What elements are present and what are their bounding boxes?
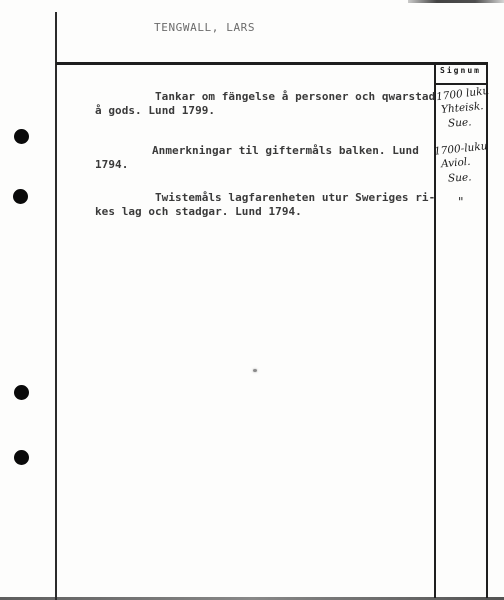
entry-3-line-2: kes lag och stadgar. Lund 1794. — [95, 205, 302, 218]
entry-3-signum-ditto-mark: " — [458, 195, 464, 209]
scan-speck — [253, 369, 257, 372]
left-margin-rule — [55, 12, 57, 600]
entry-1-signum-note-line-3: Sue. — [448, 116, 472, 129]
entry-2-signum-note-line-2: Aviol. — [441, 156, 471, 171]
signum-column-header: Signum — [434, 66, 487, 75]
punch-hole-dot — [14, 385, 29, 400]
punch-hole-dot — [14, 129, 29, 144]
scan-edge-smudge — [408, 0, 504, 3]
signum-header-underline — [434, 83, 488, 85]
punch-hole-dot — [13, 189, 28, 204]
table-top-border — [56, 62, 487, 65]
entry-1-line-1: Tankar om fängelse å personer och qwarst… — [155, 90, 435, 103]
signum-column-divider — [434, 62, 436, 598]
entry-1-line-2: å gods. Lund 1799. — [95, 104, 215, 117]
entry-2-line-2: 1794. — [95, 158, 128, 171]
entry-3-line-1: Twistemåls lagfarenheten utur Sweriges r… — [155, 191, 435, 204]
entry-2-signum-note-line-1: 1700-luku — [434, 140, 488, 158]
entry-2-signum-note-line-3: Sue. — [448, 171, 472, 184]
card-heading-author: TENGWALL, LARS — [154, 21, 255, 34]
entry-1-signum-note-line-2: Yhteisk. — [441, 100, 484, 116]
entry-2-line-1: Anmerkningar til giftermåls balken. Lund — [152, 144, 419, 157]
punch-hole-dot — [14, 450, 29, 465]
catalog-card-scan: TENGWALL, LARS Signum Tankar om fängelse… — [0, 0, 504, 600]
